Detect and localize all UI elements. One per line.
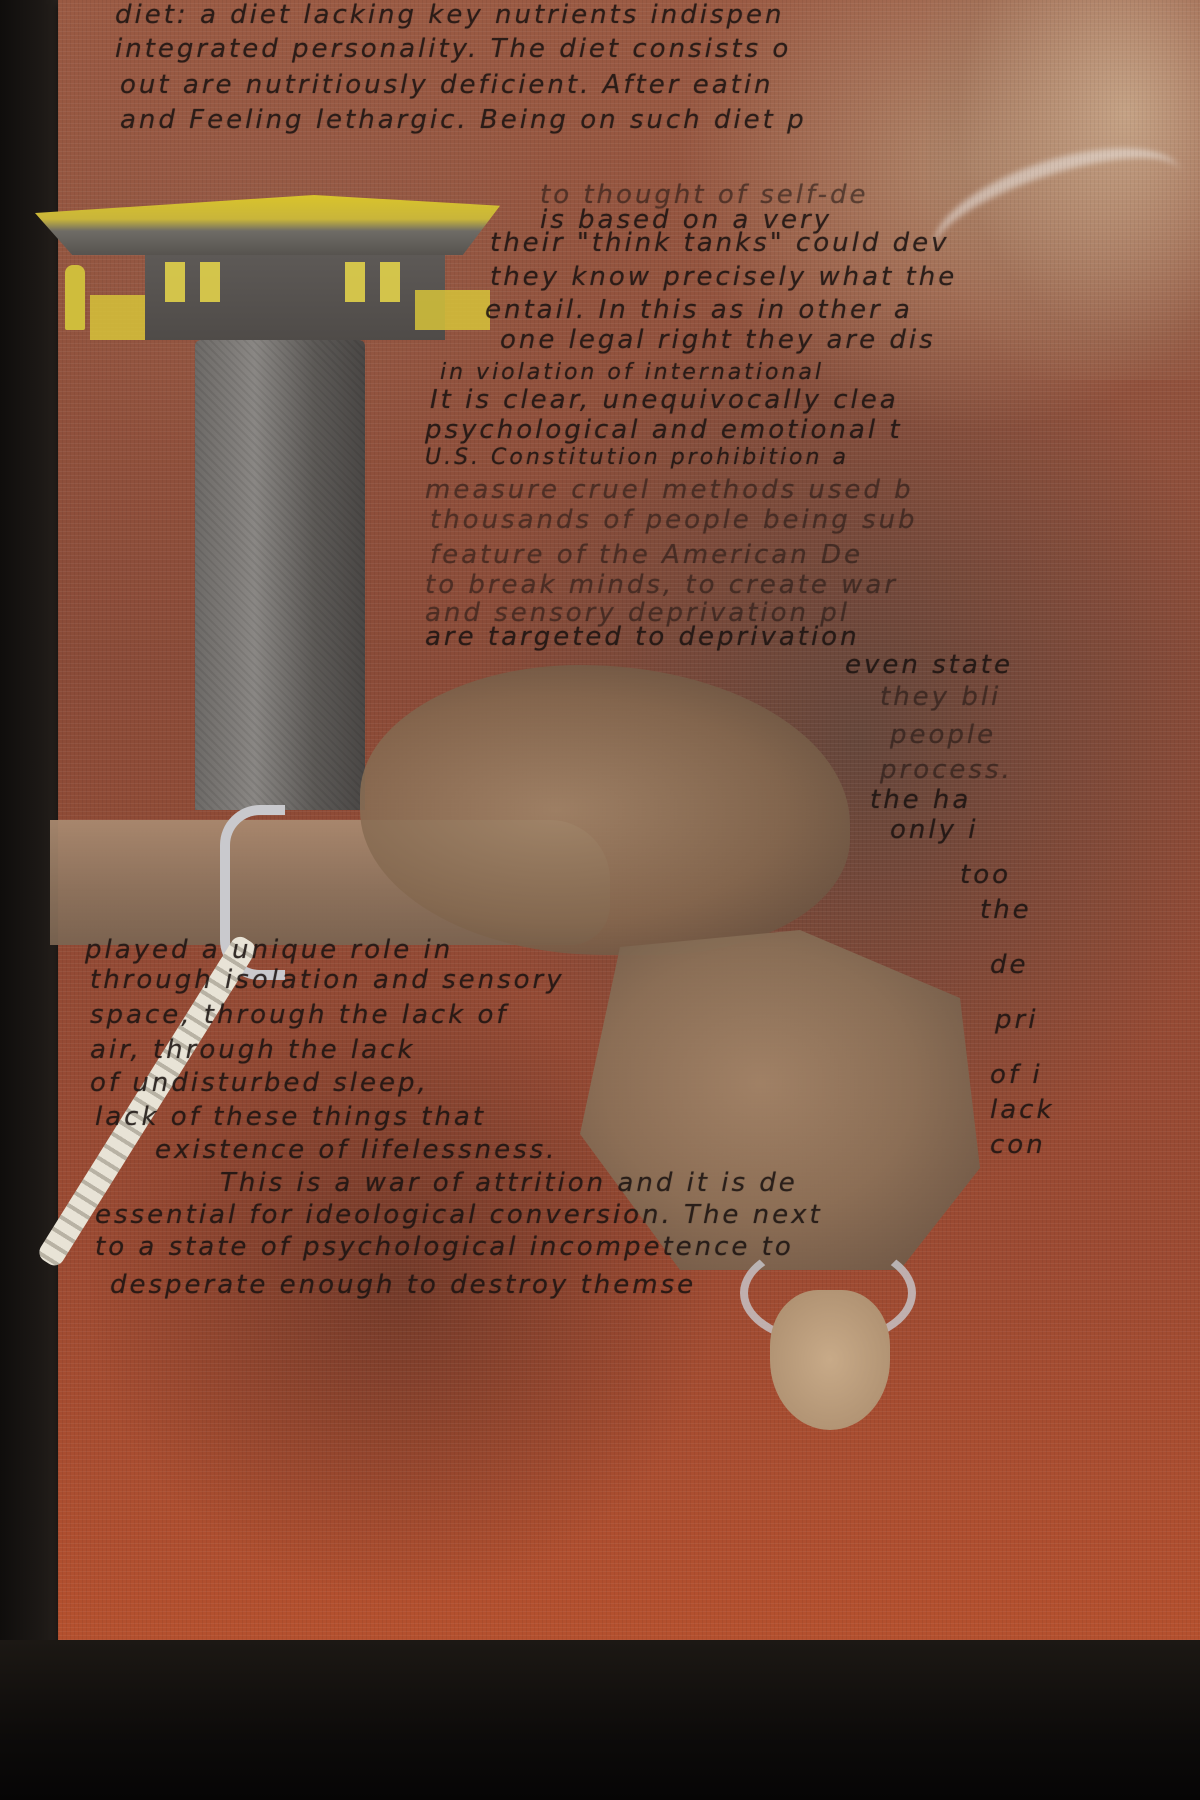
handwritten-line: played a unique role in	[85, 935, 453, 965]
handwritten-line: existence of lifelessness.	[155, 1135, 557, 1165]
handwritten-line: diet: a diet lacking key nutrients indis…	[115, 0, 785, 30]
handwritten-line: con	[990, 1130, 1046, 1160]
handwritten-line: of i	[990, 1060, 1043, 1090]
tower-shaft	[195, 340, 365, 810]
handwritten-line: only i	[890, 815, 978, 845]
tower-window	[200, 262, 220, 302]
handwritten-line: out are nutritiously deficient. After ea…	[120, 70, 774, 100]
handwritten-line: one legal right they are dis	[500, 325, 936, 355]
artwork-photo: diet: a diet lacking key nutrients indis…	[0, 0, 1200, 1800]
tower-railing-right	[415, 290, 490, 330]
handwritten-line: desperate enough to destroy themse	[110, 1270, 696, 1300]
tower-window	[380, 262, 400, 302]
handwritten-line: too	[960, 860, 1011, 890]
handwritten-line: their "think tanks" could dev	[490, 228, 950, 258]
handwritten-line: of undisturbed sleep,	[90, 1068, 429, 1098]
frame-bottom-edge	[0, 1640, 1200, 1800]
shackled-hands	[770, 1290, 890, 1430]
handwritten-line: lack of these things that	[95, 1102, 486, 1132]
handwritten-line: in violation of international	[440, 360, 824, 385]
handwritten-line: they know precisely what the	[490, 262, 957, 292]
handwritten-line: the	[980, 895, 1032, 925]
handwritten-line: pri	[995, 1005, 1038, 1035]
handwritten-line: process.	[880, 755, 1013, 785]
handwritten-line: thousands of people being sub	[430, 505, 918, 535]
handwritten-line: entail. In this as in other a	[485, 295, 913, 325]
handwritten-line: even state	[845, 650, 1013, 680]
handwritten-line: they bli	[880, 682, 1001, 712]
handwritten-line: integrated personality. The diet consist…	[115, 34, 791, 64]
handwritten-line: through isolation and sensory	[90, 965, 565, 995]
handwritten-line: are targeted to deprivation	[425, 622, 860, 652]
tower-window	[165, 262, 185, 302]
handwritten-line: essential for ideological conversion. Th…	[95, 1200, 823, 1230]
handwritten-line: to a state of psychological incompetence…	[95, 1232, 794, 1262]
handwritten-line: It is clear, unequivocally clea	[430, 385, 899, 415]
handwritten-line: to break minds, to create war	[425, 570, 898, 600]
handwritten-line: space, through the lack of	[90, 1000, 509, 1030]
handwritten-line: This is a war of attrition and it is de	[220, 1168, 798, 1198]
handwritten-line: U.S. Constitution prohibition a	[425, 445, 849, 470]
handwritten-line: the ha	[870, 785, 971, 815]
handwritten-line: air, through the lack	[90, 1035, 415, 1065]
handwritten-line: lack	[990, 1095, 1055, 1125]
handwritten-line: feature of the American De	[430, 540, 863, 570]
tower-lamp-post	[65, 265, 85, 330]
handwritten-line: people	[890, 720, 996, 750]
handwritten-line: psychological and emotional t	[425, 415, 903, 445]
tower-window	[345, 262, 365, 302]
handwritten-line: and Feeling lethargic. Being on such die…	[120, 105, 807, 135]
tower-roof	[35, 195, 500, 255]
handwritten-line: measure cruel methods used b	[425, 475, 914, 505]
tower-cab	[145, 250, 445, 340]
handwritten-line: de	[990, 950, 1029, 980]
